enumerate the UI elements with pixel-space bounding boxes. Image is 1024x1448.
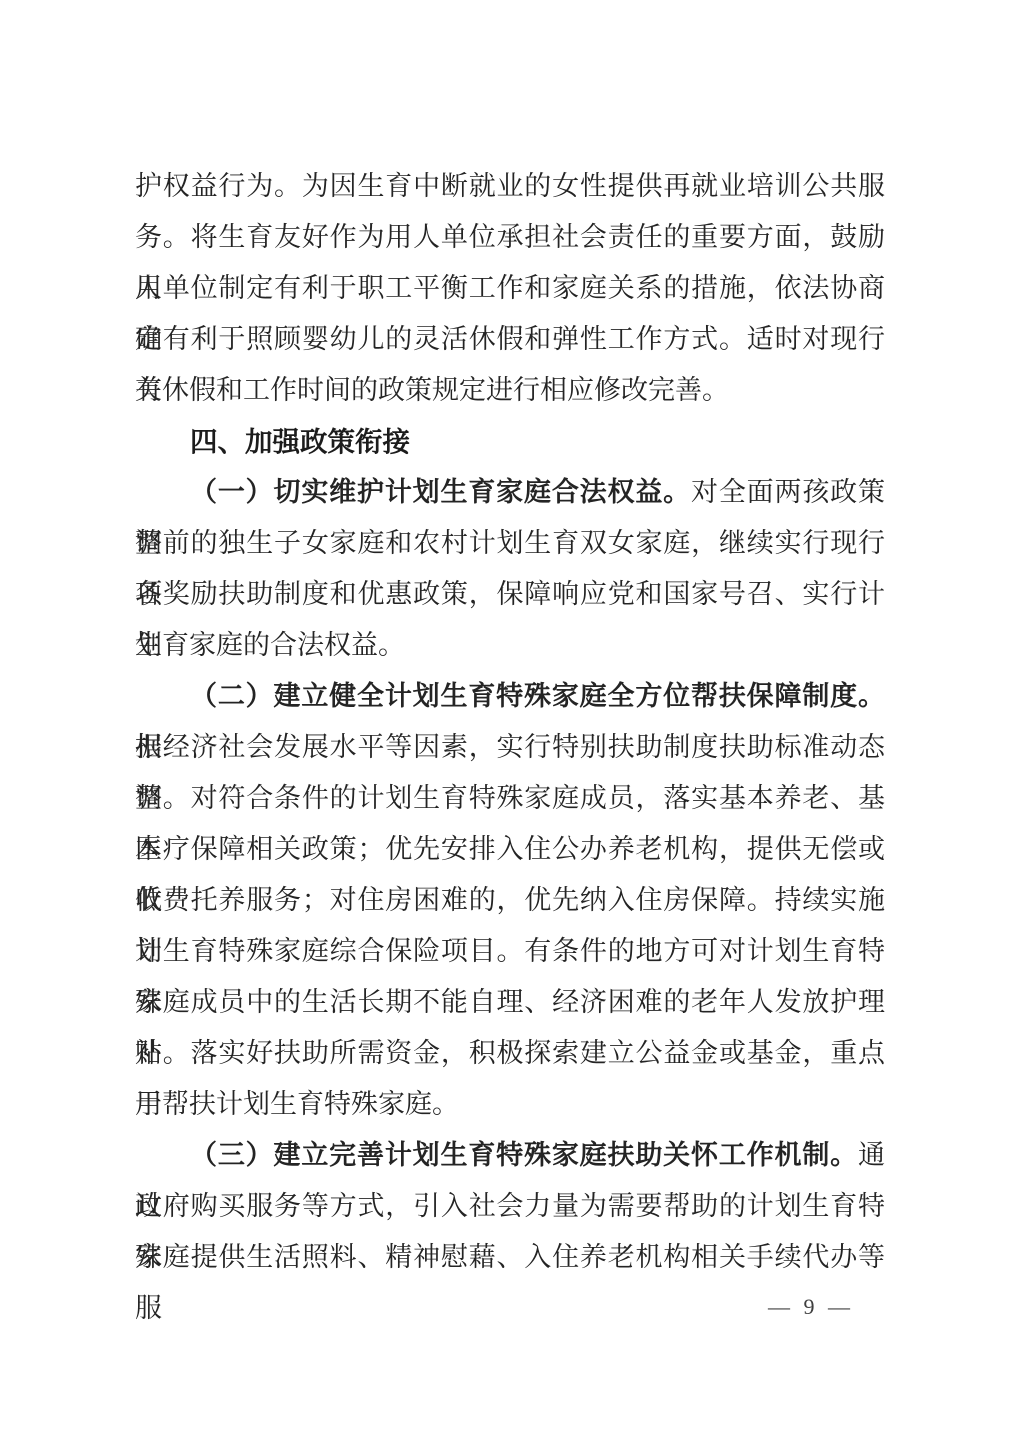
text-line: （三）建立完善计划生育特殊家庭扶助关怀工作机制。通过 xyxy=(135,1130,885,1181)
text-segment-bold: （三）建立完善计划生育特殊家庭扶助关怀工作机制。 xyxy=(190,1140,858,1170)
text-line: 人单位制定有利于职工平衡工作和家庭关系的措施，依法协商确 xyxy=(135,263,885,314)
text-line: 定有利于照顾婴幼儿的灵活休假和弹性工作方式。适时对现行有 xyxy=(135,314,885,365)
text-segment: 生育家庭的合法权益。 xyxy=(135,630,405,660)
document-body: 护权益行为。为因生育中断就业的女性提供再就业培训公共服务。将生育友好作为用人单位… xyxy=(135,161,885,1283)
text-line: 关休假和工作时间的政策规定进行相应修改完善。 xyxy=(135,365,885,416)
text-segment: 关休假和工作时间的政策规定进行相应修改完善。 xyxy=(135,375,729,405)
text-segment-bold: （二）建立健全计划生育特殊家庭全方位帮扶保障制度。 xyxy=(190,681,885,711)
text-line: 贴。落实好扶助所需资金，积极探索建立公益金或基金，重点用 xyxy=(135,1028,885,1079)
text-line: （一）切实维护计划生育家庭合法权益。对全面两孩政策调 xyxy=(135,467,885,518)
text-line: 于帮扶计划生育特殊家庭。 xyxy=(135,1079,885,1130)
text-line: 据经济社会发展水平等因素，实行特别扶助制度扶助标准动态调 xyxy=(135,722,885,773)
text-segment-bold: 四、加强政策衔接 xyxy=(190,426,410,457)
page-number: — 9 — xyxy=(745,1292,877,1322)
text-line: 整。对符合条件的计划生育特殊家庭成员，落实基本养老、基本 xyxy=(135,773,885,824)
text-line: 划生育特殊家庭综合保险项目。有条件的地方可对计划生育特殊 xyxy=(135,926,885,977)
text-line: 家庭提供生活照料、精神慰藉、入住养老机构相关手续代办等服 xyxy=(135,1232,885,1283)
section-heading: 四、加强政策衔接 xyxy=(135,416,885,467)
text-line: 护权益行为。为因生育中断就业的女性提供再就业培训公共服 xyxy=(135,161,885,212)
text-line: 家庭成员中的生活长期不能自理、经济困难的老年人发放护理补 xyxy=(135,977,885,1028)
text-line: 收费托养服务；对住房困难的，优先纳入住房保障。持续实施计 xyxy=(135,875,885,926)
text-segment: 护权益行为。为因生育中断就业的女性提供再就业培训公共服 xyxy=(135,171,885,201)
text-line: 项奖励扶助制度和优惠政策，保障响应党和国家号召、实行计划 xyxy=(135,569,885,620)
document-page: 护权益行为。为因生育中断就业的女性提供再就业培训公共服务。将生育友好作为用人单位… xyxy=(0,0,1024,1448)
text-line: 整前的独生子女家庭和农村计划生育双女家庭，继续实行现行各 xyxy=(135,518,885,569)
text-segment-bold: （一）切实维护计划生育家庭合法权益。 xyxy=(190,477,691,507)
text-line: 生育家庭的合法权益。 xyxy=(135,620,885,671)
text-line: （二）建立健全计划生育特殊家庭全方位帮扶保障制度。根 xyxy=(135,671,885,722)
text-segment: 于帮扶计划生育特殊家庭。 xyxy=(135,1089,459,1119)
text-line: 务。将生育友好作为用人单位承担社会责任的重要方面，鼓励用 xyxy=(135,212,885,263)
text-line: 医疗保障相关政策；优先安排入住公办养老机构，提供无偿或低 xyxy=(135,824,885,875)
text-line: 政府购买服务等方式，引入社会力量为需要帮助的计划生育特殊 xyxy=(135,1181,885,1232)
